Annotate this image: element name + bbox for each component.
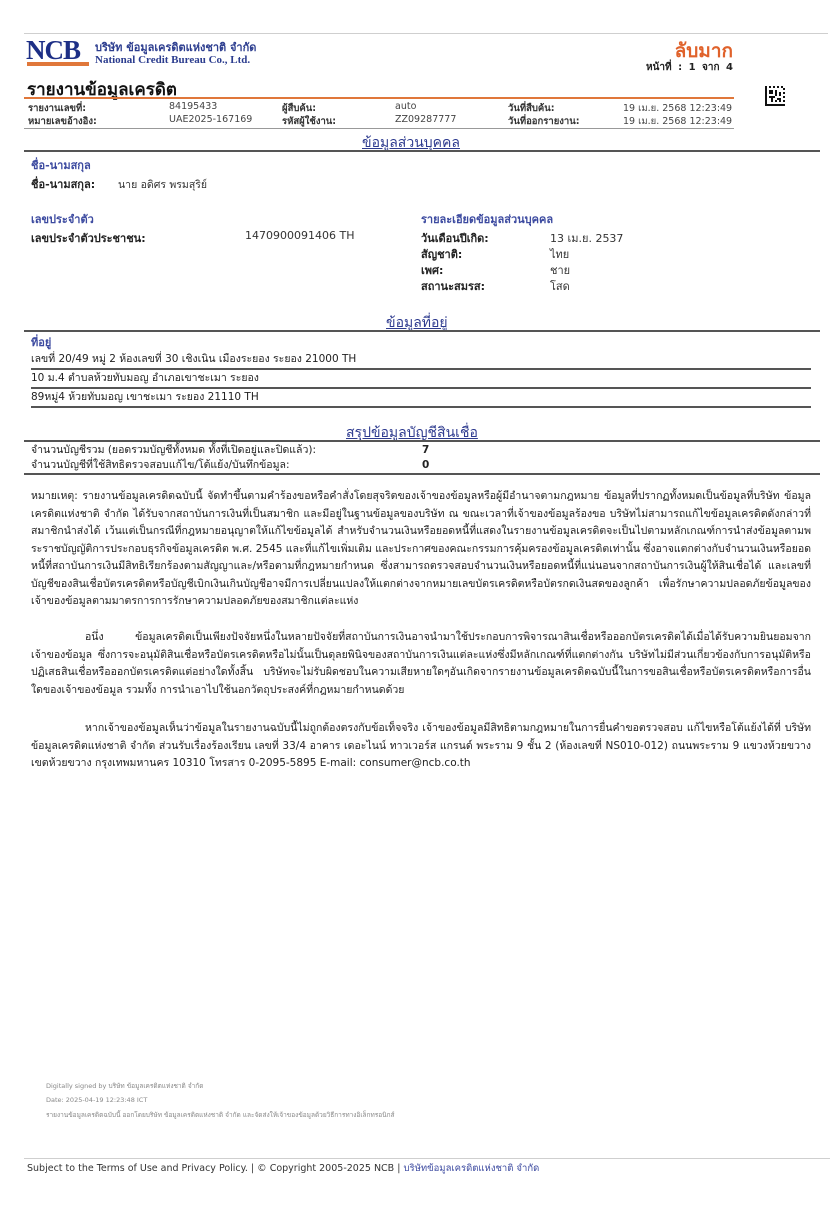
summary-row-disputes: จำนวนบัญชีที่ใช้สิทธิตรวจสอบแก้ไข/โต้แย้…	[31, 459, 811, 472]
top-divider	[24, 33, 828, 34]
marital-status-value: โสด	[550, 277, 570, 295]
marital-status-label: สถานะสมรส:	[421, 277, 485, 295]
summary-value: 0	[422, 459, 429, 472]
meta-divider	[24, 128, 734, 129]
page-current: 1	[689, 62, 696, 73]
user-id: ZZ09287777	[395, 114, 456, 125]
summary-value: 7	[422, 444, 429, 457]
footer-divider	[24, 1158, 830, 1159]
signature-statement: รายงานข้อมูลเครดิตฉบับนี้ ออกโดยบริษัท ข…	[46, 1110, 395, 1120]
report-no: 84195433	[169, 101, 217, 112]
address-row: 89หมู่4 ห้วยทับมอญ เขาชะเมา ระยอง 21110 …	[31, 389, 811, 408]
address-row: 10 ม.4 ตำบลห้วยทับมอญ อำเภอเขาชะเมา ระยอ…	[31, 370, 811, 389]
page-label: หน้าที่ :	[646, 62, 682, 73]
user-id-label: รหัสผู้ใช้งาน:	[282, 114, 336, 129]
name-label: ชื่อ-นามสกุล:	[31, 175, 95, 193]
footer: Subject to the Terms of Use and Privacy …	[27, 1161, 539, 1176]
summary-row-total-accounts: จำนวนบัญชีรวม (ยอดรวมบัญชีทั้งหมด ทั้งที…	[31, 444, 811, 457]
reference-no: UAE2025-167169	[169, 114, 252, 125]
address-row: เลขที่ 20/49 หมู่ 2 ห้องเลขที่ 30 เชิงเน…	[31, 351, 811, 370]
summary-label: จำนวนบัญชีรวม (ยอดรวมบัญชีทั้งหมด ทั้งที…	[31, 444, 316, 456]
issue-date-label: วันที่ออกรายงาน:	[508, 114, 580, 129]
signature-signed-by: Digitally signed by บริษัท ข้อมูลเครดิตแ…	[46, 1081, 203, 1091]
id-label: เลขประจำตัวประชาชน:	[31, 229, 146, 247]
note-disclaimer: หมายเหตุ: รายงานข้อมูลเครดิตฉบับนี้ จัดท…	[31, 488, 811, 611]
title-underline	[24, 97, 734, 99]
issue-date: 19 เม.ย. 2568 12:23:49	[623, 114, 732, 129]
personal-section-rule	[24, 150, 820, 152]
name-heading: ชื่อ-นามสกุล	[31, 156, 91, 174]
datamatrix-code-icon	[765, 86, 785, 106]
details-heading: รายละเอียดข้อมูลส่วนบุคคล	[421, 210, 553, 228]
summary-label: จำนวนบัญชีที่ใช้สิทธิตรวจสอบแก้ไข/โต้แย้…	[31, 459, 290, 471]
name-value: นาย อดิศร พรมสุริย์	[118, 176, 207, 193]
note-credit-factor: อนึ่ง ข้อมูลเครดิตเป็นเพียงปัจจัยหนึ่งใน…	[31, 629, 811, 699]
address-heading: ที่อยู่	[31, 333, 51, 351]
meta-row-1: รายงานเลขที่: 84195433 ผู้สืบค้น: auto ว…	[28, 101, 734, 114]
id-heading: เลขประจำตัว	[31, 210, 94, 228]
note-dispute-contact: หากเจ้าของข้อมูลเห็นว่าข้อมูลในรายงานฉบั…	[31, 720, 811, 773]
footer-company-link[interactable]: บริษัทข้อมูลเครดิตแห่งชาติ จำกัด	[403, 1163, 539, 1174]
ncb-logo: NCB	[26, 38, 90, 68]
reference-no-label: หมายเลขอ้างอิง:	[28, 114, 97, 129]
logo-letters: NCB	[26, 38, 90, 62]
address-section-rule	[24, 330, 820, 332]
report-meta: รายงานเลขที่: 84195433 ผู้สืบค้น: auto ว…	[28, 101, 734, 127]
page-total: 4	[726, 62, 733, 73]
inquirer: auto	[395, 101, 416, 112]
company-name-en: National Credit Bureau Co., Ltd.	[95, 54, 250, 66]
summary-section-rule	[24, 440, 820, 442]
signature-date: Date: 2025-04-19 12:23:48 ICT	[46, 1096, 147, 1104]
logo-bar	[27, 62, 89, 66]
page-indicator: หน้าที่ : 1 จาก 4	[646, 60, 733, 75]
summary-bottom-rule	[24, 473, 820, 475]
footer-text: Subject to the Terms of Use and Privacy …	[27, 1163, 400, 1174]
id-value: 1470900091406 TH	[245, 229, 354, 242]
meta-row-2: หมายเลขอ้างอิง: UAE2025-167169 รหัสผู้ใช…	[28, 114, 734, 127]
page-of-label: จาก	[702, 62, 720, 73]
